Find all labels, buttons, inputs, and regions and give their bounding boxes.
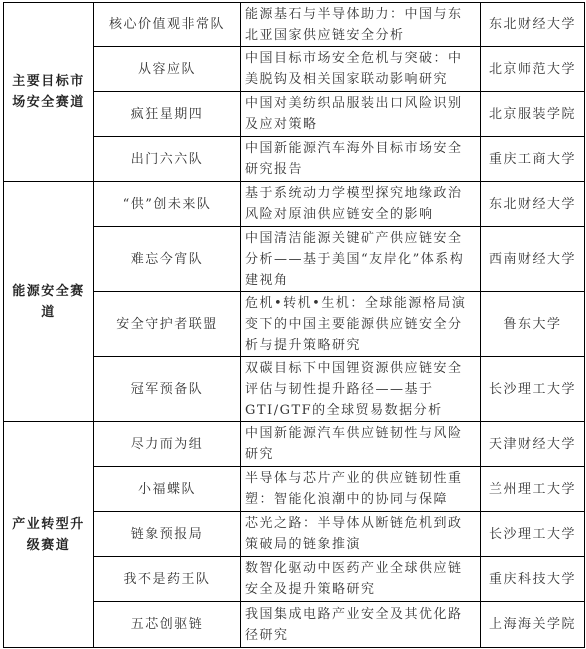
team-name-cell: 链象预报局 (94, 512, 241, 557)
school-name-cell: 长沙理工大学 (481, 512, 585, 557)
school-name-cell: 鲁东大学 (481, 292, 585, 357)
project-title-cell: 能源基石与半导体助力：中国与东北亚国家供应链安全分析 (241, 3, 481, 47)
school-name-cell: 天津财经大学 (481, 422, 585, 467)
project-title-cell: 芯光之路：半导体从断链危机到政策破局的链象推演 (241, 512, 481, 557)
competition-results-table: 主要目标市场安全赛道核心价值观非常队能源基石与半导体助力：中国与东北亚国家供应链… (3, 2, 585, 648)
team-name-cell: 我不是药王队 (94, 557, 241, 602)
project-title-cell: 中国对美纺织品服装出口风险识别及应对策略 (241, 92, 481, 137)
team-name-cell: 出门六六队 (94, 137, 241, 182)
school-name-cell: 北京师范大学 (481, 47, 585, 92)
track-name-cell: 能源安全赛道 (4, 182, 94, 422)
school-name-cell: 兰州理工大学 (481, 467, 585, 512)
team-name-cell: 难忘今宵队 (94, 227, 241, 292)
table-row: 能源安全赛道“供”创未来队基于系统动力学模型探究地缘政治风险对原油供应链安全的影… (4, 182, 585, 227)
team-name-cell: “供”创未来队 (94, 182, 241, 227)
team-name-cell: 冠军预备队 (94, 357, 241, 422)
track-name-cell: 主要目标市场安全赛道 (4, 3, 94, 182)
track-name-cell: 产业转型升级赛道 (4, 422, 94, 648)
school-name-cell: 重庆工商大学 (481, 137, 585, 182)
team-name-cell: 尽力而为组 (94, 422, 241, 467)
project-title-cell: 中国清洁能源关键矿产供应链安全分析——基于美国“友岸化”体系构建视角 (241, 227, 481, 292)
team-name-cell: 安全守护者联盟 (94, 292, 241, 357)
table-row: 主要目标市场安全赛道核心价值观非常队能源基石与半导体助力：中国与东北亚国家供应链… (4, 3, 585, 47)
school-name-cell: 长沙理工大学 (481, 357, 585, 422)
school-name-cell: 东北财经大学 (481, 182, 585, 227)
project-title-cell: 基于系统动力学模型探究地缘政治风险对原油供应链安全的影响 (241, 182, 481, 227)
team-name-cell: 从容应队 (94, 47, 241, 92)
school-name-cell: 北京服装学院 (481, 92, 585, 137)
project-title-cell: 危机•转机•生机：全球能源格局演变下的中国主要能源供应链安全分析与提升策略研究 (241, 292, 481, 357)
project-title-cell: 我国集成电路产业安全及其优化路径研究 (241, 602, 481, 648)
project-title-cell: 半导体与芯片产业的供应链韧性重塑：智能化浪潮中的协同与保障 (241, 467, 481, 512)
project-title-cell: 中国新能源汽车供应链韧性与风险研究 (241, 422, 481, 467)
school-name-cell: 东北财经大学 (481, 3, 585, 47)
team-name-cell: 小福蝶队 (94, 467, 241, 512)
project-title-cell: 中国目标市场安全危机与突破：中美脱钩及相关国家联动影响研究 (241, 47, 481, 92)
school-name-cell: 重庆科技大学 (481, 557, 585, 602)
table-body: 主要目标市场安全赛道核心价值观非常队能源基石与半导体助力：中国与东北亚国家供应链… (4, 3, 585, 648)
project-title-cell: 数智化驱动中医药产业全球供应链安全及提升策略研究 (241, 557, 481, 602)
school-name-cell: 西南财经大学 (481, 227, 585, 292)
team-name-cell: 核心价值观非常队 (94, 3, 241, 47)
team-name-cell: 疯狂星期四 (94, 92, 241, 137)
school-name-cell: 上海海关学院 (481, 602, 585, 648)
table-row: 产业转型升级赛道尽力而为组中国新能源汽车供应链韧性与风险研究天津财经大学 (4, 422, 585, 467)
project-title-cell: 中国新能源汽车海外目标市场安全研究报告 (241, 137, 481, 182)
team-name-cell: 五芯创驱链 (94, 602, 241, 648)
project-title-cell: 双碳目标下中国锂资源供应链安全评估与韧性提升路径——基于GTI/GTF的全球贸易… (241, 357, 481, 422)
